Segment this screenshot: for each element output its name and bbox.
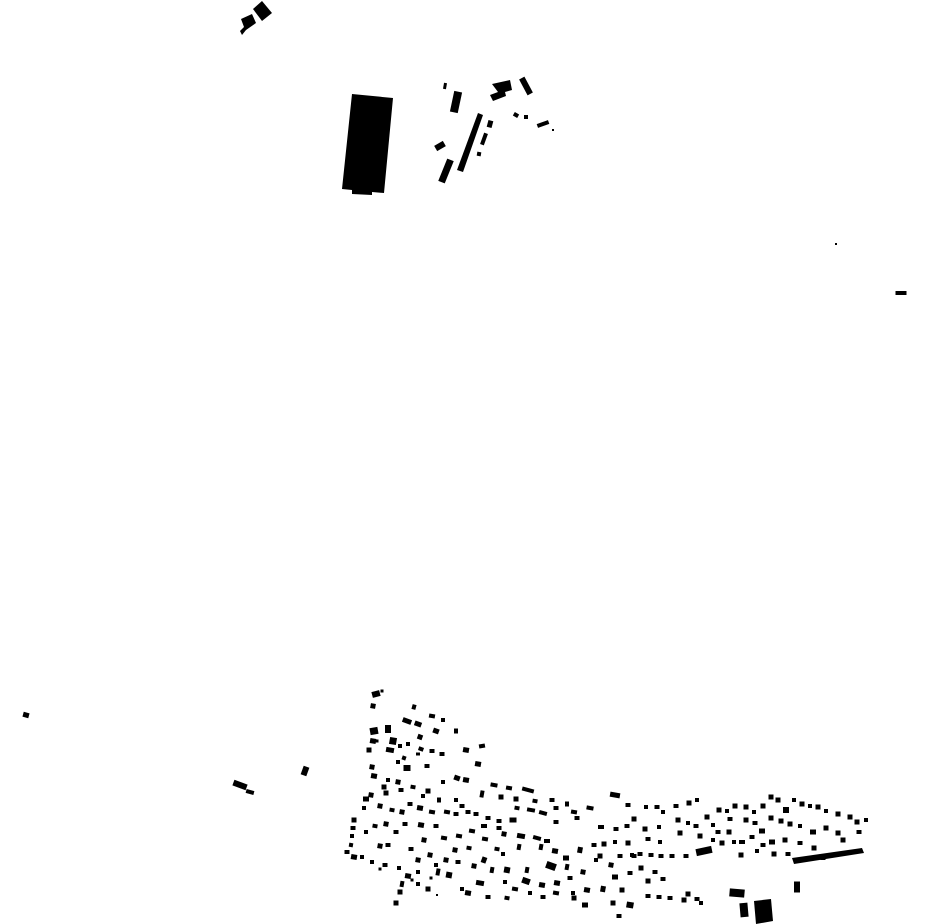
building-footprint: [655, 805, 660, 809]
building-footprint: [626, 901, 634, 908]
building-footprint: [783, 838, 788, 843]
building-footprint: [836, 812, 841, 817]
building-footprint: [404, 765, 411, 771]
building-footprint: [460, 804, 465, 808]
building-footprint: [514, 806, 520, 811]
building-footprint: [426, 887, 431, 892]
building-footprint: [896, 291, 907, 295]
building-footprint: [864, 818, 868, 822]
building-footprint: [497, 826, 502, 830]
building-footprint: [711, 838, 715, 842]
building-footprint: [565, 802, 569, 807]
building-footprint: [443, 857, 449, 863]
building-footprint: [396, 760, 400, 764]
building-footprint: [403, 822, 408, 826]
building-footprint: [752, 810, 756, 814]
building-footprint: [608, 862, 614, 868]
building-footprint: [399, 788, 404, 792]
building-footprint: [676, 818, 681, 823]
building-footprint: [594, 858, 598, 862]
building-footprint: [381, 690, 384, 693]
building-footprint: [409, 847, 414, 851]
building-footprint: [477, 152, 482, 157]
building-footprint: [369, 727, 378, 735]
building-footprint: [577, 847, 583, 854]
building-footprint: [539, 882, 546, 888]
building-footprint: [554, 806, 559, 810]
building-footprint: [475, 761, 482, 767]
building-footprint: [602, 842, 607, 847]
building-footprint: [568, 876, 573, 880]
building-footprint: [385, 725, 391, 733]
building-footprint: [466, 810, 471, 814]
building-footprint: [398, 890, 403, 895]
building-footprint: [639, 866, 644, 871]
building-footprint: [465, 890, 472, 896]
building-footprint: [739, 853, 744, 858]
building-footprint: [769, 816, 774, 821]
building-footprint: [644, 805, 648, 809]
building-footprint: [434, 824, 439, 828]
building-footprint: [417, 805, 424, 811]
building-footprint: [421, 794, 425, 798]
building-footprint: [857, 830, 862, 834]
building-footprint: [454, 812, 459, 816]
building-footprint: [661, 877, 666, 881]
building-footprint: [351, 854, 358, 860]
building-footprint: [695, 897, 700, 901]
building-footprint: [612, 875, 618, 880]
building-footprint: [386, 778, 390, 782]
building-footprint: [460, 887, 464, 891]
building-footprint: [360, 855, 364, 859]
building-footprint: [761, 843, 766, 847]
building-footprint: [687, 801, 692, 806]
building-east-big-block: [754, 899, 773, 924]
building-footprint: [682, 898, 687, 903]
building-footprint: [410, 785, 416, 790]
building-footprint: [383, 863, 388, 867]
building-footprint: [769, 795, 774, 800]
building-footprint: [705, 815, 710, 820]
building-footprint: [377, 843, 383, 849]
building-footprint: [532, 799, 538, 804]
building-footprint: [406, 742, 410, 746]
building-footprint: [371, 773, 378, 779]
building-footprint: [716, 830, 721, 834]
building-footprint: [554, 880, 561, 886]
building-footprint: [349, 843, 354, 848]
building-footprint: [437, 798, 441, 803]
building-footprint: [658, 840, 662, 844]
building-footprint: [456, 860, 461, 864]
building-footprint: [446, 872, 453, 879]
building-footprint: [646, 894, 651, 898]
building-footprint: [646, 837, 651, 841]
building-footprint: [816, 805, 821, 810]
building-footprint: [541, 895, 546, 899]
building-footprint: [800, 802, 805, 807]
building-footprint: [454, 798, 458, 802]
building-footprint: [699, 901, 703, 905]
building-footprint: [632, 817, 637, 822]
building-footprint: [584, 887, 591, 893]
building-footprint: [678, 831, 683, 836]
building-footprint: [739, 840, 745, 844]
building-footprint: [552, 129, 554, 131]
building-footprint: [638, 852, 643, 856]
building-footprint: [370, 703, 376, 709]
building-footprint: [744, 805, 749, 810]
building-footprint: [471, 863, 477, 869]
building-footprint: [389, 808, 395, 813]
building-footprint: [389, 737, 397, 745]
building-footprint: [486, 895, 491, 899]
building-footprint: [613, 840, 617, 844]
building-footprint: [440, 752, 445, 756]
building-footprint: [430, 877, 433, 880]
building-footprint: [657, 895, 662, 899]
building-footprint: [425, 764, 430, 768]
building-footprint: [351, 826, 356, 830]
building-footprint: [430, 749, 435, 753]
building-footprint: [717, 808, 722, 813]
building-footprint: [510, 818, 517, 823]
building-footprint: [416, 882, 420, 886]
building-footprint: [386, 843, 391, 847]
building-footprint: [772, 852, 777, 857]
building-footprint: [618, 854, 623, 858]
building-footprint: [575, 816, 580, 820]
building-footprint: [382, 785, 387, 790]
building-footprint: [397, 866, 401, 870]
building-footprint: [563, 856, 569, 861]
building-footprint: [661, 810, 665, 814]
building-footprint: [441, 780, 445, 784]
building-footprint: [750, 835, 755, 839]
building-footprint: [504, 867, 511, 874]
building-footprint: [528, 891, 532, 895]
building-footprint: [720, 841, 725, 846]
building-footprint: [592, 843, 597, 847]
building-footprint: [694, 824, 699, 828]
building-footprint: [463, 777, 470, 783]
building-footprint: [646, 879, 651, 884]
building-footprint: [808, 804, 812, 808]
building-footprint: [399, 809, 405, 815]
building-footprint: [835, 243, 837, 245]
building-footprint: [725, 809, 729, 813]
building-footprint: [732, 840, 736, 844]
building-footprint: [427, 852, 433, 858]
building-footprint: [370, 860, 374, 864]
building-footprint: [416, 753, 420, 756]
building-footprint: [501, 831, 507, 837]
building-footprint: [377, 803, 383, 809]
building-footprint: [436, 894, 438, 896]
building-footprint: [744, 818, 749, 823]
building-footprint: [794, 882, 800, 893]
building-footprint: [367, 748, 372, 753]
building-footprint: [463, 747, 470, 753]
building-footprint: [739, 903, 748, 918]
building-footprint: [626, 803, 631, 807]
building-footprint: [416, 870, 420, 874]
building-footprint: [415, 857, 421, 863]
building-footprint: [611, 901, 616, 906]
building-footprint: [684, 854, 689, 858]
building-footprint: [798, 824, 802, 828]
building-footprint: [524, 115, 528, 119]
building-footprint: [670, 854, 675, 858]
building-footprint: [824, 809, 828, 813]
building-footprint-map: [0, 0, 930, 924]
building-footprint: [362, 806, 366, 810]
building-footprint: [625, 824, 630, 828]
building-footprint: [649, 853, 654, 857]
building-footprint: [418, 822, 425, 828]
building-footprint: [600, 886, 606, 893]
building-footprint: [628, 871, 633, 875]
building-footprint: [580, 869, 586, 875]
building-footprint: [786, 852, 791, 856]
building-footprint: [598, 825, 604, 829]
building-footprint: [571, 891, 575, 895]
building-footprint: [582, 903, 588, 908]
building-footprint: [395, 779, 401, 785]
building-footprint: [776, 798, 781, 803]
building-footprint: [486, 816, 491, 820]
building-footprint: [550, 798, 555, 802]
building-footprint: [798, 841, 803, 845]
building-footprint: [474, 812, 479, 816]
building-footprint: [434, 863, 438, 867]
building-footprint: [405, 873, 412, 879]
building-footprint: [394, 901, 399, 906]
building-footprint: [759, 829, 765, 834]
building-footprint: [668, 896, 673, 900]
building-footprint: [552, 848, 559, 854]
building-footprint: [345, 850, 350, 854]
building-footprint: [733, 804, 738, 809]
building-footprint: [659, 854, 664, 858]
building-footprint: [384, 791, 389, 796]
building-footprint: [836, 831, 841, 836]
map-background: [0, 0, 930, 924]
building-footprint: [824, 826, 829, 831]
building-footprint: [497, 819, 502, 823]
building-footprint: [686, 892, 691, 897]
building-footprint: [501, 852, 505, 856]
building-footprint: [698, 834, 703, 839]
building-footprint: [454, 729, 458, 734]
building-footprint: [855, 820, 860, 825]
building-footprint: [411, 879, 414, 882]
building-footprint: [761, 804, 766, 809]
building-footprint: [572, 896, 577, 901]
building-footprint: [364, 830, 368, 834]
building-footprint: [657, 825, 661, 829]
building-footprint: [350, 834, 354, 838]
building-footprint: [352, 818, 357, 823]
building-footprint: [810, 830, 816, 835]
building-footprint: [421, 837, 427, 843]
building-footprint: [753, 821, 758, 825]
building-footprint: [598, 854, 603, 859]
building-footprint: [370, 738, 377, 744]
building-footprint: [408, 802, 413, 806]
building-footprint: [504, 896, 510, 901]
building-footprint: [643, 827, 648, 832]
building-footprint: [755, 849, 759, 853]
building-footprint: [426, 789, 431, 794]
building-footprint: [728, 817, 733, 821]
building-footprint: [503, 880, 507, 884]
building-footprint: [614, 827, 619, 831]
building-footprint: [788, 822, 793, 827]
building-footprint: [848, 815, 853, 820]
building-footprint: [711, 823, 715, 827]
building-footprint: [821, 856, 826, 860]
building-footprint: [674, 804, 679, 808]
building-footprint: [499, 795, 504, 800]
building-footprint: [632, 854, 637, 858]
building-footprint: [383, 821, 389, 827]
building-footprint: [452, 847, 458, 853]
building-footprint: [653, 870, 658, 874]
building-footprint: [617, 914, 622, 918]
building-footprint: [783, 807, 789, 813]
building-footprint: [481, 824, 487, 828]
building-footprint: [441, 718, 445, 722]
building-footprint: [379, 868, 382, 871]
building-footprint: [841, 838, 846, 843]
building-footprint: [779, 819, 784, 824]
building-footprint: [554, 820, 559, 824]
building-footprint: [494, 847, 500, 852]
building-footprint: [686, 821, 690, 825]
building-footprint: [620, 888, 625, 893]
building-footprint: [369, 764, 375, 770]
building-footprint: [695, 798, 699, 802]
building-footprint: [626, 841, 631, 846]
building-footprint: [466, 846, 472, 851]
building-footprint: [769, 840, 775, 845]
building-footprint: [544, 839, 550, 843]
building-footprint: [376, 740, 379, 743]
building-footprint: [363, 797, 369, 802]
building-footprint: [394, 830, 399, 834]
building-footprint: [812, 846, 817, 851]
building-footprint: [372, 824, 378, 829]
building-footprint: [514, 797, 519, 802]
building-footprint: [398, 744, 402, 748]
building-footprint: [727, 830, 732, 835]
building-footprint: [792, 798, 796, 802]
building-footprint: [729, 888, 745, 897]
